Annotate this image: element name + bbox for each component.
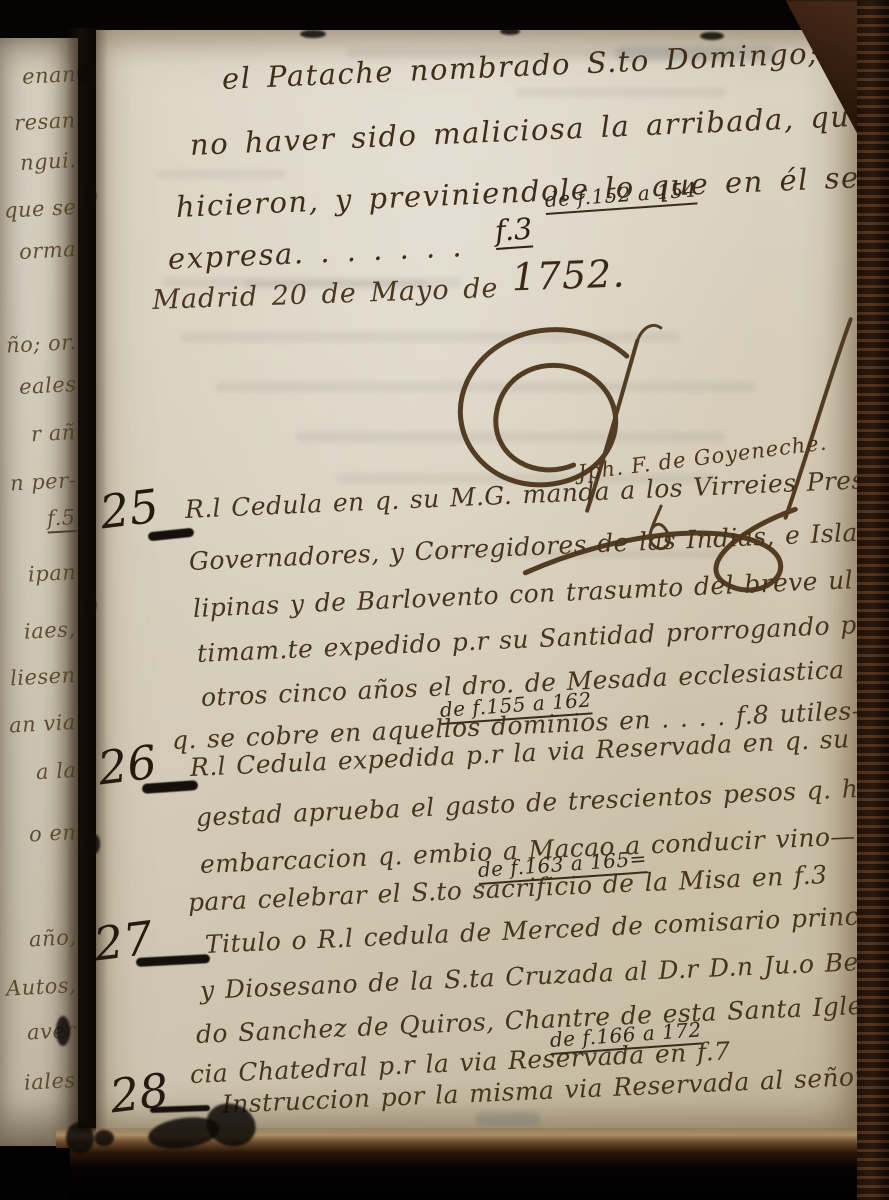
- ink-smudge: [56, 1016, 70, 1046]
- facing-page-text-fragment: an via: [9, 710, 77, 737]
- facing-page-text-fragment: año,: [28, 925, 77, 951]
- ink-smudge: [66, 1122, 94, 1154]
- entry-number: 28: [107, 1063, 172, 1124]
- folio-count-mark: f.3: [494, 211, 534, 250]
- entry-number: 25: [97, 479, 162, 540]
- bleedthrough-smudge: [156, 170, 286, 178]
- facing-page-text-fragment: ngui.: [19, 148, 77, 175]
- dateline-year: 1752.: [511, 251, 626, 299]
- facing-page-text-fragment: a la: [35, 758, 77, 784]
- facing-page-text-fragment: ño; or.: [5, 330, 77, 358]
- facing-page-text-fragment: liesen: [10, 663, 77, 690]
- facing-page-text-fragment: enan: [21, 62, 76, 89]
- entry-text-line: gestad aprueba el gasto de trescientos p…: [195, 771, 858, 832]
- facing-page-text-fragment: iales: [24, 1068, 77, 1095]
- photo-shadow: [0, 1148, 70, 1200]
- ink-smudge: [78, 64, 92, 82]
- bleedthrough-smudge: [516, 88, 726, 97]
- facing-page-edge: enanresanngui.que seormaño; or.ealesr añ…: [0, 38, 78, 1146]
- ink-smudge: [86, 598, 96, 612]
- ink-smudge: [94, 1130, 114, 1146]
- facing-page-text-fragment: eales: [18, 372, 77, 399]
- facing-page-text-fragment: resan: [14, 108, 77, 135]
- facing-page-text-fragment: iaes,: [24, 617, 77, 644]
- facing-page-text-fragment: que se: [3, 195, 76, 223]
- facing-page-text-fragment: f.5: [47, 505, 77, 533]
- manuscript-photo: enanresanngui.que seormaño; or.ealesr añ…: [0, 0, 889, 1200]
- entry-dash: [150, 1105, 210, 1113]
- ink-smudge: [300, 30, 326, 38]
- facing-page-text-fragment: Autos,: [5, 973, 76, 1001]
- facing-page-text-fragment: n per-: [9, 468, 76, 495]
- facing-page-text-fragment: orma: [18, 237, 76, 264]
- book-fore-edge: [857, 0, 889, 1200]
- facing-page-text-fragment: ipan: [27, 560, 76, 586]
- manuscript-page: el Patache nombrado S.to Domingo; por no…: [96, 30, 858, 1142]
- ink-smudge: [84, 188, 96, 204]
- closing-paragraph-line: el Patache nombrado S.to Domingo; por: [221, 33, 858, 96]
- ink-smudge: [88, 834, 100, 854]
- bleedthrough-smudge: [476, 1112, 540, 1126]
- facing-page-text-fragment: r añ: [31, 420, 77, 446]
- ink-smudge: [500, 28, 520, 35]
- closing-paragraph-line: no haver sido maliciosa la arribada, que: [189, 98, 858, 162]
- facing-page-text-fragment: o en: [28, 820, 76, 846]
- ink-smudge: [700, 32, 724, 40]
- dateline-text: Madrid 20 de Mayo de: [152, 272, 513, 316]
